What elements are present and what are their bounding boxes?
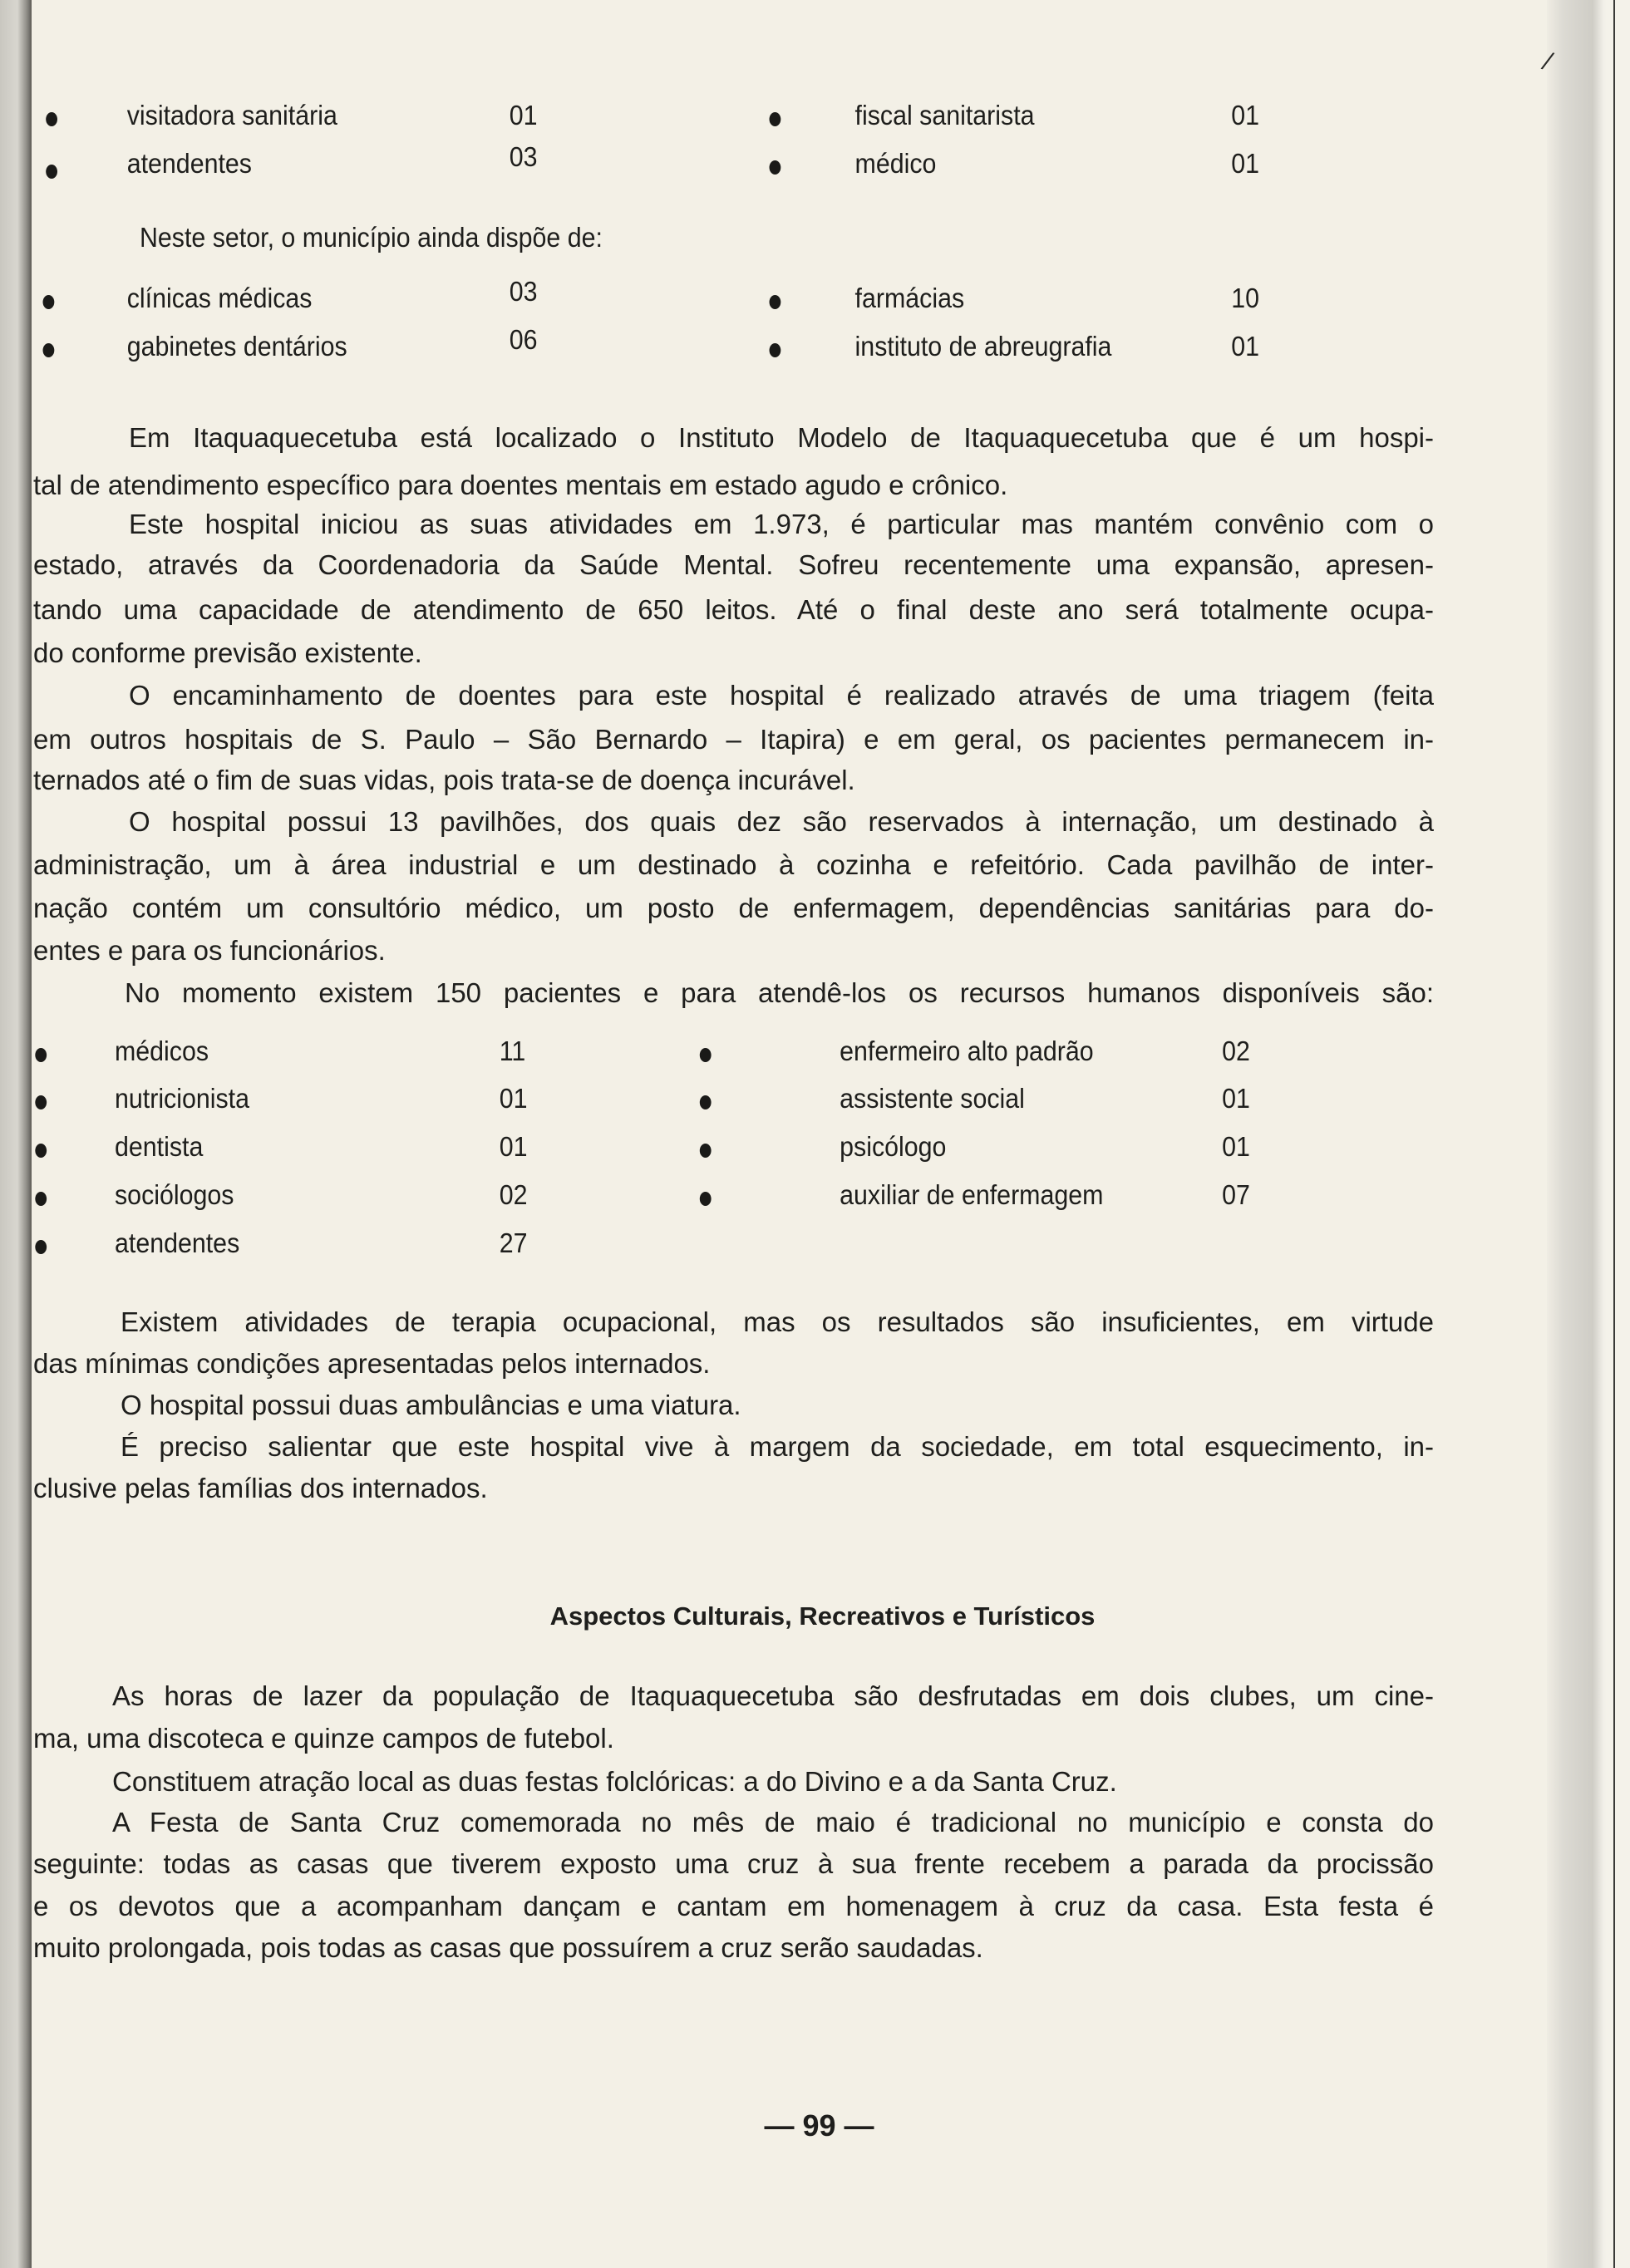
paragraph-line: tando uma capacidade de atendimento de 6… (33, 586, 1434, 633)
item-value: 01 (1222, 1123, 1250, 1170)
item-value: 10 (1231, 274, 1259, 322)
list-item: instituto de abreugrafia 01 (0, 322, 1500, 370)
list-item: auxiliar de enfermagem 07 (0, 1171, 1500, 1218)
item-label: assistente social (840, 1075, 1025, 1122)
bullet-icon (770, 343, 781, 357)
bullet-icon (700, 1144, 712, 1158)
paragraph-line: No momento existem 150 pacientes e para … (125, 969, 1434, 1016)
intro-sector-text: Neste setor, o município ainda dispõe de… (140, 214, 603, 261)
paragraph-line: muito prolongada, pois todas as casas qu… (33, 1924, 983, 1971)
item-label: enfermeiro alto padrão (840, 1027, 1093, 1075)
section-heading: Aspectos Culturais, Recreativos e Turíst… (0, 1592, 1630, 1640)
bullet-icon (700, 1095, 712, 1109)
bullet-icon (35, 1240, 47, 1254)
item-value: 01 (1231, 322, 1259, 370)
bullet-icon (770, 295, 781, 309)
item-label: atendentes (115, 1219, 239, 1267)
list-item: atendentes 27 (0, 1219, 1500, 1267)
bullet-icon (700, 1192, 712, 1206)
list-item: farmácias 10 (0, 274, 1500, 322)
paragraph-line: O hospital possui duas ambulâncias e uma… (121, 1381, 741, 1429)
paragraph-line: ternados até o fim de suas vidas, pois t… (33, 756, 855, 804)
document-page: visitadora sanitária 01 atendentes 03 fi… (0, 0, 1630, 2268)
paragraph-line: entes e para os funcionários. (33, 927, 386, 974)
item-value: 01 (1231, 140, 1259, 187)
page-number: — 99 — (0, 2102, 1630, 2149)
paragraph-line: clusive pelas famílias dos internados. (33, 1464, 488, 1512)
item-value: 02 (1222, 1027, 1250, 1075)
paragraph-line: ma, uma discoteca e quinze campos de fut… (33, 1715, 614, 1762)
item-value: 27 (500, 1219, 528, 1267)
paragraph-line: É preciso salientar que este hospital vi… (121, 1423, 1434, 1470)
paragraph-line: estado, através da Coordenadoria da Saúd… (33, 541, 1434, 588)
paragraph-line: A Festa de Santa Cruz comemorada no mês … (112, 1798, 1434, 1846)
list-item: assistente social 01 (0, 1075, 1500, 1122)
bullet-icon (700, 1048, 712, 1062)
paragraph-line: Em Itaquaquecetuba está localizado o Ins… (129, 414, 1434, 461)
list-item: psicólogo 01 (0, 1123, 1500, 1170)
paragraph-line: do conforme previsão existente. (33, 629, 422, 676)
item-label: fiscal sanitarista (855, 91, 1035, 139)
list-item: fiscal sanitarista 01 (0, 91, 1500, 139)
item-label: instituto de abreugrafia (855, 322, 1112, 370)
bullet-icon (770, 160, 781, 175)
item-value: 01 (1222, 1075, 1250, 1122)
paragraph-line: e os devotos que a acompanham dançam e c… (33, 1882, 1434, 1930)
bullet-icon (770, 112, 781, 126)
paragraph-line: das mínimas condições apresentadas pelos… (33, 1340, 710, 1387)
list-item: enfermeiro alto padrão 02 (0, 1027, 1500, 1075)
item-label: auxiliar de enfermagem (840, 1171, 1103, 1218)
item-label: médico (855, 140, 937, 187)
item-label: psicólogo (840, 1123, 946, 1170)
paragraph-line: O encaminhamento de doentes para este ho… (129, 672, 1434, 719)
paragraph-line: O hospital possui 13 pavilhões, dos quai… (129, 798, 1434, 845)
item-value: 01 (1231, 91, 1259, 139)
paragraph-line: administração, um à área industrial e um… (33, 841, 1434, 888)
paragraph-line: As horas de lazer da população de Itaqua… (112, 1672, 1434, 1719)
item-value: 07 (1222, 1171, 1250, 1218)
item-label: farmácias (855, 274, 965, 322)
paragraph-line: nação contém um consultório médico, um p… (33, 884, 1434, 932)
paragraph-line: Existem atividades de terapia ocupaciona… (121, 1298, 1434, 1346)
list-item: médico 01 (0, 140, 1500, 187)
paragraph-line: seguinte: todas as casas que tiverem exp… (33, 1840, 1434, 1887)
